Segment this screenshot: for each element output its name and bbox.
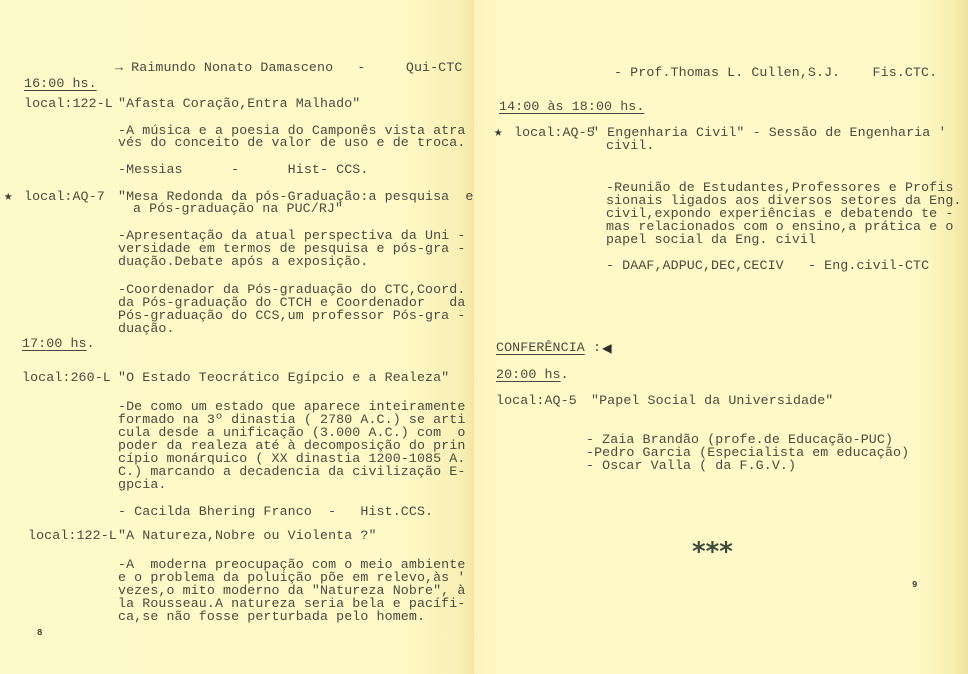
event-description: C.) marcando a decadencia da civilização… [118,465,465,478]
time-heading: 17:00 hs. [22,337,95,350]
conference-label: CONFERÊNCIA [496,340,585,355]
event-speaker: -Messias - Hist- CCS. [118,163,368,176]
closing-asterisks: *** [692,537,733,567]
event-location: local:AQ-5 [496,394,577,407]
event-speaker: duação. [118,322,175,335]
time-heading: 14:00 às 18:00 hs. [499,100,644,113]
event-location: local:122-L [28,529,117,542]
star-icon: ★ [494,124,502,141]
event-location: local:AQ-5 [514,126,595,139]
time-text: 20:00 hs [496,367,561,382]
conference-colon: : [585,340,601,355]
time-heading: 20:00 hs. [496,368,569,381]
speaker-line: - Prof.Thomas L. Cullen,S.J. Fis.CTC. [614,66,937,79]
event-location: local:AQ-7 [24,190,105,203]
event-title: "O Estado Teocrático Egípcio e a Realeza… [118,371,449,384]
right-page: - Prof.Thomas L. Cullen,S.J. Fis.CTC. 14… [474,0,968,674]
time-dot: . [561,367,569,382]
event-description: duação.Debate após a exposição. [118,255,368,268]
event-title: "Afasta Coração,Entra Malhado" [118,97,360,110]
event-description: gpcia. [118,478,166,491]
event-title: civil. [606,139,654,152]
time-heading: 16:00 hs. [24,77,97,90]
page-number: 8 [37,628,42,638]
event-organizers: - DAAF,ADPUC,DEC,CECIV - Eng.civil-CTC [606,259,929,272]
pointer-arrow-icon: ◀ [602,338,612,358]
speaker-line: → Raimundo Nonato Damasceno - Qui-CTC [115,61,462,74]
event-title: a Pós-graduação na PUC/RJ" [133,202,343,215]
panelist: - Oscar Valla ( da F.G.V.) [586,459,796,472]
conference-heading: CONFERÊNCIA : [496,341,601,354]
event-speaker: - Cacilda Bhering Franco - Hist.CCS. [118,505,433,518]
time-text: 17:00 hs [22,336,87,351]
event-description: papel social da Eng. civil [606,233,816,246]
time-dot: . [87,336,95,351]
event-title: "A Natureza,Nobre ou Violenta ?" [118,529,377,542]
page-number: 9 [912,580,917,590]
star-icon: ★ [4,188,12,205]
event-description: vés do conceito de valor de uso e de tro… [118,136,465,149]
event-title: "Papel Social da Universidade" [591,394,833,407]
event-location: local:122-L [24,97,113,110]
event-description: ca,se não fosse perturbada pelo homem. [118,610,425,623]
left-page: → Raimundo Nonato Damasceno - Qui-CTC 16… [0,0,474,674]
event-location: local:260-L [22,371,111,384]
